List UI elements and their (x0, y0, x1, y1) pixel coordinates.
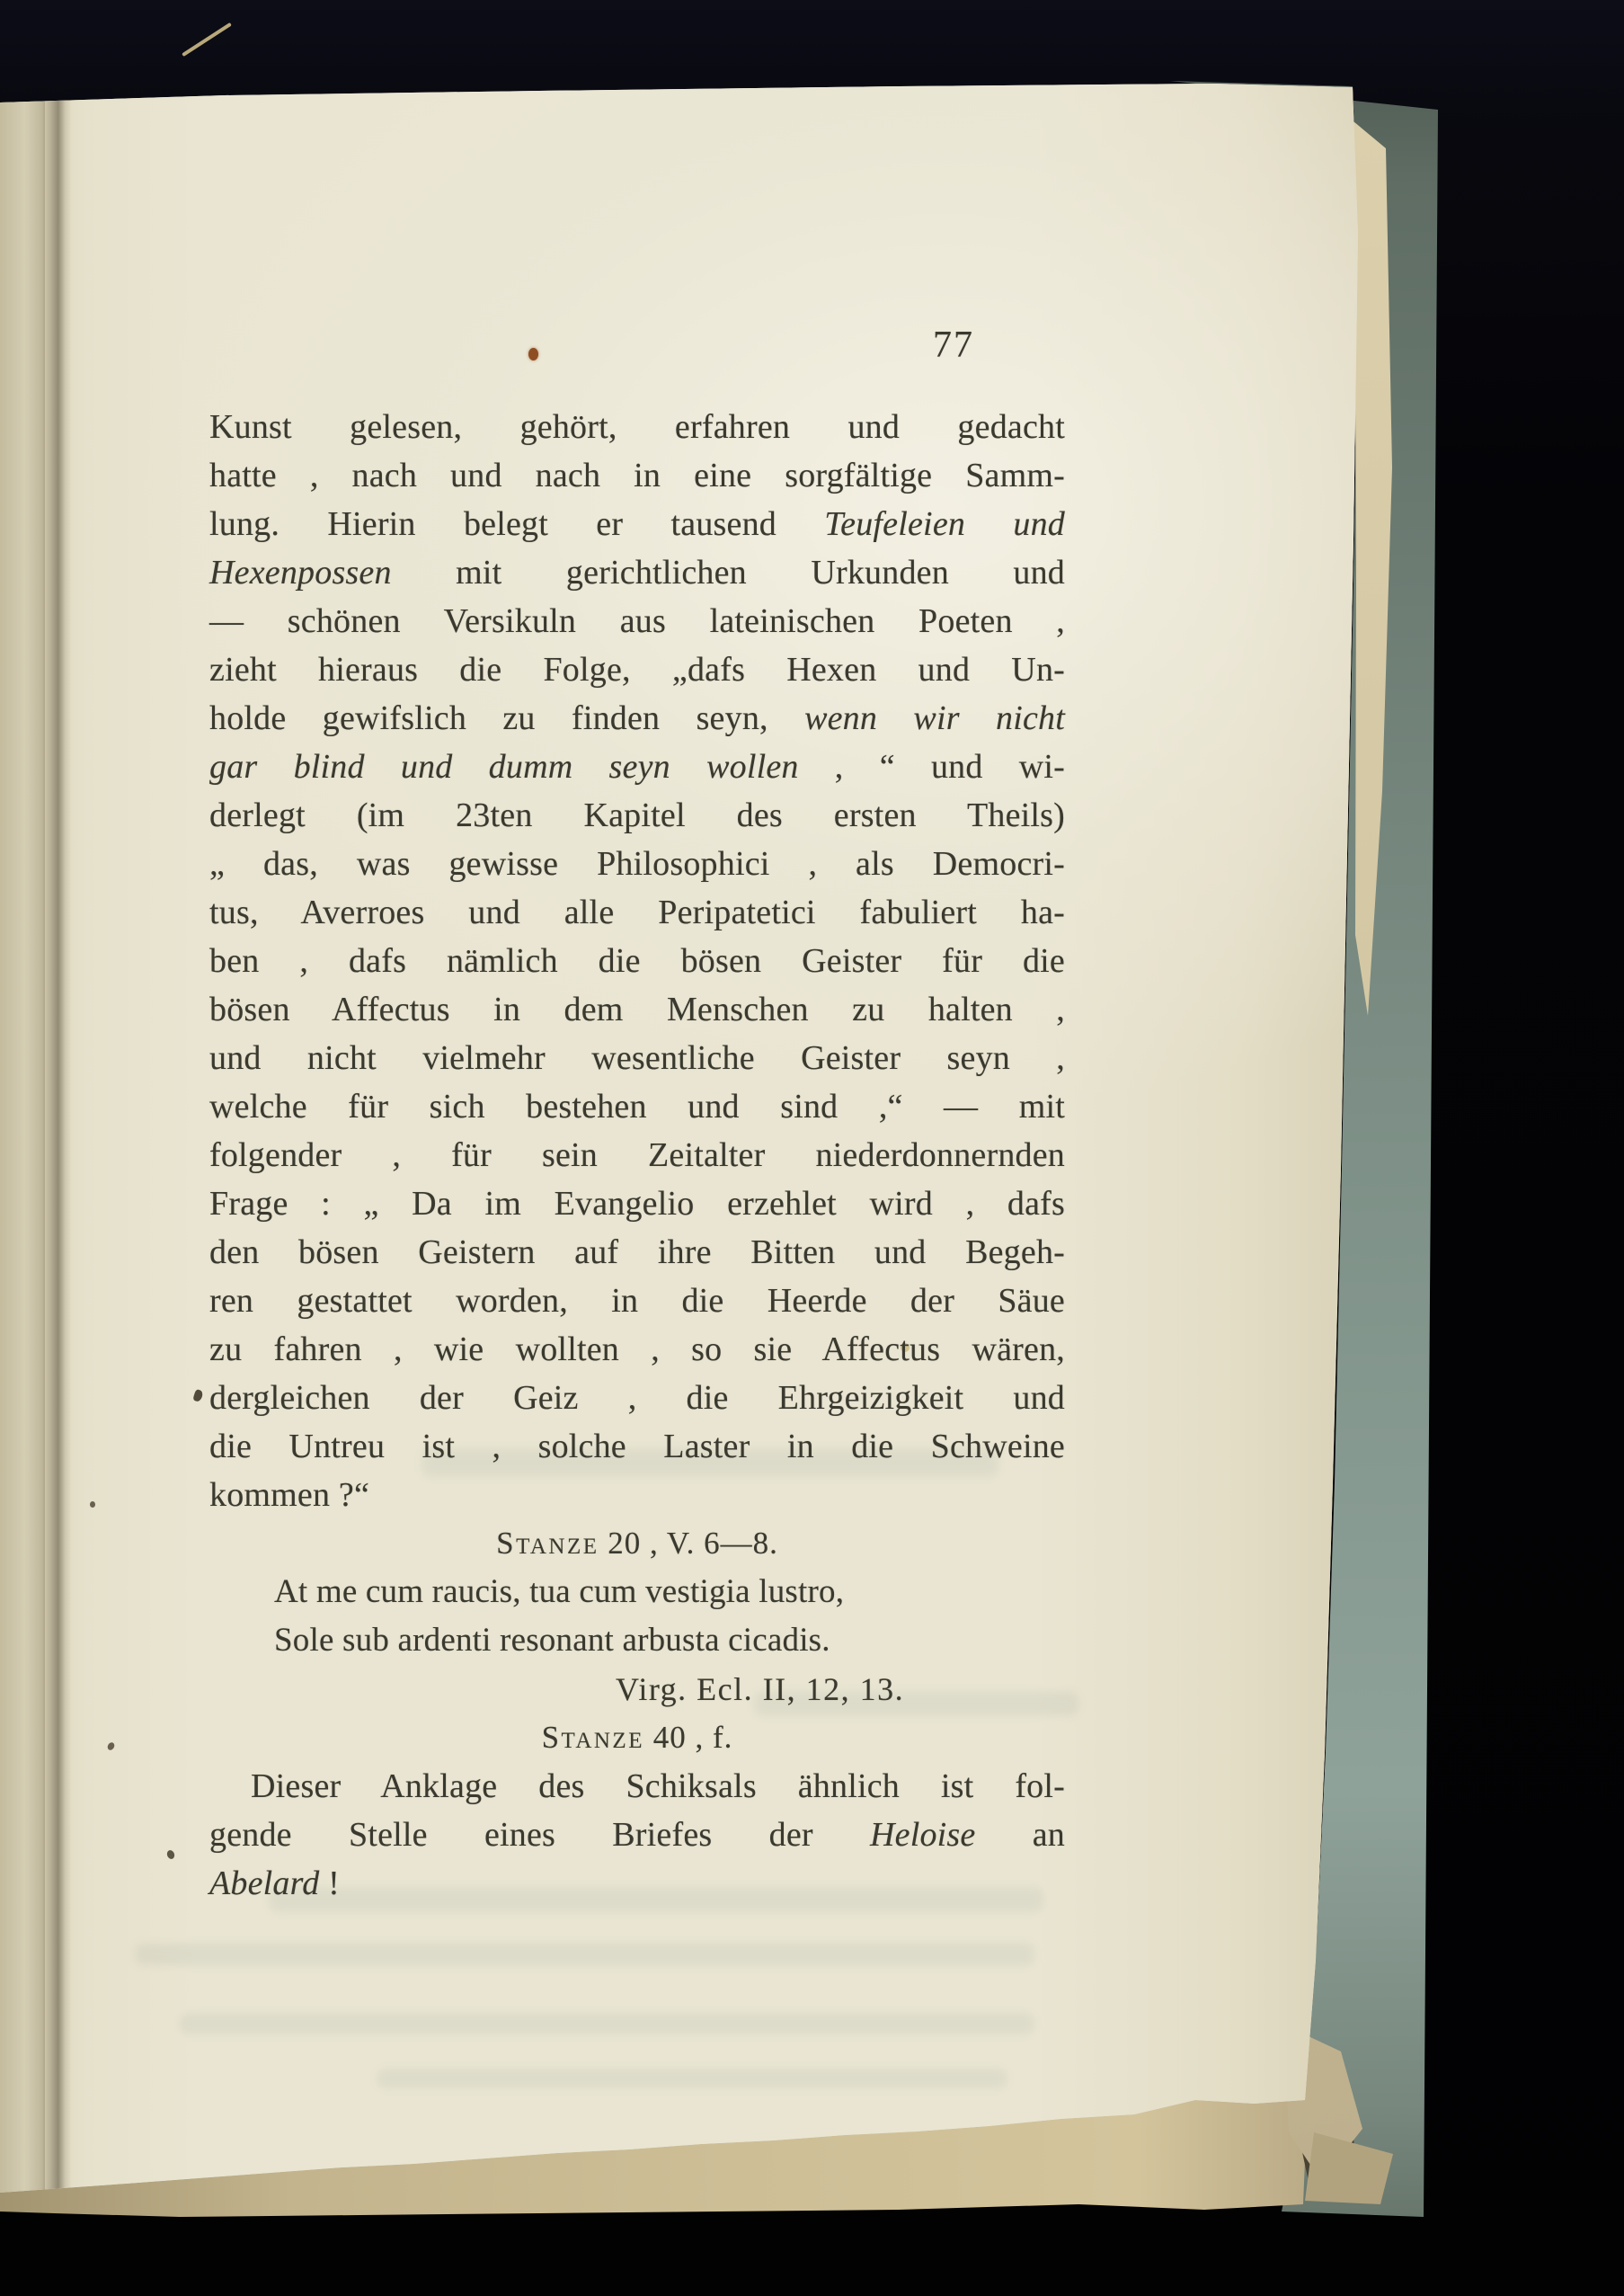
text-segment: tus, Averroes und alle Peripatetici fabu… (209, 894, 1065, 931)
text-segment: mit gerichtlichen Urkunden und (392, 554, 1065, 592)
smallcaps-text: Stanze (496, 1526, 599, 1561)
text-segment: ben , dafs nämlich die bösen Geister für… (209, 942, 1065, 980)
ink-speck (166, 1849, 176, 1860)
latin-verse: At me cum raucis, tua cum vestigia lustr… (209, 1568, 1065, 1665)
text-line: holde gewifslich zu finden seyn, wenn wi… (209, 694, 1065, 743)
text-line: bösen Affectus in dem Menschen zu halten… (209, 985, 1065, 1034)
text-segment: dergleichen der Geiz , die Ehrgeizigkeit… (209, 1379, 1065, 1417)
text-line: Stanze 40 , f. (209, 1713, 1065, 1762)
text-segment: 40 , f. (644, 1720, 732, 1755)
stanza-20-heading: Stanze 20 , V. 6—8. (209, 1519, 1065, 1568)
italic-text: Heloise (870, 1816, 975, 1854)
text-line: Sole sub ardenti resonant arbusta cicadi… (274, 1616, 1065, 1665)
text-segment: derlegt (im 23ten Kapitel des ersten The… (209, 796, 1065, 834)
text-line: zu fahren , wie wollten , so sie Affectu… (209, 1325, 1065, 1374)
text-line: lung. Hierin belegt er tausend Teufeleie… (209, 500, 1065, 548)
text-line: Abelard ! (209, 1859, 1065, 1908)
italic-text: Hexenpossen (209, 554, 392, 592)
text-line: Dieser Anklage des Schiksals ähnlich ist… (209, 1762, 1065, 1811)
text-segment: lung. Hierin belegt er tausend (209, 505, 824, 543)
text-line: zieht hieraus die Folge, „dafs Hexen und… (209, 645, 1065, 694)
text-line: die Untreu ist , solche Laster in die Sc… (209, 1422, 1065, 1471)
text-segment: „ das, was gewisse Philosophici , als De… (209, 845, 1065, 883)
text-line: den bösen Geistern auf ihre Bitten und B… (209, 1228, 1065, 1277)
verse-attribution: Virg. Ecl. II, 12, 13. (209, 1665, 1065, 1713)
text-line: ren gestattet worden, in die Heerde der … (209, 1277, 1065, 1325)
text-line: dergleichen der Geiz , die Ehrgeizigkeit… (209, 1374, 1065, 1422)
text-line: „ das, was gewisse Philosophici , als De… (209, 840, 1065, 888)
paragraph-2: Dieser Anklage des Schiksals ähnlich ist… (209, 1762, 1065, 1908)
text-segment: zu fahren , wie wollten , so sie Affectu… (209, 1330, 1065, 1368)
text-segment: 20 , V. 6—8. (599, 1526, 778, 1561)
text-line: hatte , nach und nach in eine sorgfältig… (209, 451, 1065, 500)
text-segment: ! (319, 1864, 340, 1902)
text-segment: zieht hieraus die Folge, „dafs Hexen und… (209, 651, 1065, 689)
text-line: derlegt (im 23ten Kapitel des ersten The… (209, 791, 1065, 840)
text-line: folgender , für sein Zeitalter niederdon… (209, 1131, 1065, 1179)
text-line: Stanze 20 , V. 6—8. (209, 1519, 1065, 1568)
facing-page-sliver (0, 86, 45, 2194)
stanza-40-heading: Stanze 40 , f. (209, 1713, 1065, 1762)
show-through-ghost (180, 2014, 1034, 2033)
ink-speck (192, 1389, 204, 1402)
text-segment: an (975, 1816, 1065, 1854)
text-line: Frage : „ Da im Evangelio erzehlet wird … (209, 1179, 1065, 1228)
smallcaps-text: Stanze (542, 1720, 644, 1755)
dust-fiber (182, 22, 232, 57)
text-segment: — schönen Versikuln aus lateinischen Poe… (209, 602, 1065, 640)
text-segment: Kunst gelesen, gehört, erfahren und geda… (209, 408, 1065, 446)
text-line: Hexenpossen mit gerichtlichen Urkunden u… (209, 548, 1065, 597)
page-number: 77 (933, 324, 974, 367)
text-line: kommen ?“ (209, 1471, 1065, 1519)
text-segment: folgender , für sein Zeitalter niederdon… (209, 1136, 1065, 1174)
ink-speck (90, 1501, 95, 1508)
text-line: und nicht vielmehr wesentliche Geister s… (209, 1034, 1065, 1082)
text-line: At me cum raucis, tua cum vestigia lustr… (274, 1568, 1065, 1616)
text-segment: die Untreu ist , solche Laster in die Sc… (209, 1428, 1065, 1465)
text-line: Virg. Ecl. II, 12, 13. (616, 1665, 1065, 1713)
text-segment: gende Stelle eines Briefes der (209, 1816, 870, 1854)
paragraph-1: Kunst gelesen, gehört, erfahren und geda… (209, 403, 1065, 1519)
text-segment: welche für sich bestehen und sind ,“ — m… (209, 1088, 1065, 1126)
text-line: tus, Averroes und alle Peripatetici fabu… (209, 888, 1065, 937)
text-segment: bösen Affectus in dem Menschen zu halten… (209, 991, 1065, 1028)
text-line: gar blind und dumm seyn wollen , “ und w… (209, 743, 1065, 791)
text-segment: hatte , nach und nach in eine sorgfältig… (209, 457, 1065, 494)
gutter-fold (41, 88, 72, 2192)
italic-text: Teufeleien und (824, 505, 1065, 543)
text-block: Kunst gelesen, gehört, erfahren und geda… (209, 403, 1065, 1908)
text-segment: Frage : „ Da im Evangelio erzehlet wird … (209, 1185, 1065, 1223)
text-segment: und nicht vielmehr wesentliche Geister s… (209, 1039, 1065, 1077)
italic-text: gar blind und dumm seyn wollen (209, 748, 799, 786)
text-segment: Virg. Ecl. II, 12, 13. (616, 1671, 904, 1707)
italic-text: wenn wir nicht (804, 699, 1065, 737)
ink-speck (106, 1741, 116, 1751)
text-line: — schönen Versikuln aus lateinischen Poe… (209, 597, 1065, 645)
text-segment: , “ und wi- (799, 748, 1065, 786)
text-line: welche für sich bestehen und sind ,“ — m… (209, 1082, 1065, 1131)
text-line: ben , dafs nämlich die bösen Geister für… (209, 937, 1065, 985)
text-segment: At me cum raucis, tua cum vestigia lustr… (274, 1573, 844, 1610)
show-through-ghost (135, 1944, 1034, 1965)
text-segment: Sole sub ardenti resonant arbusta cicadi… (274, 1622, 830, 1659)
italic-text: Abelard (209, 1864, 319, 1902)
text-segment: Dieser Anklage des Schiksals ähnlich ist… (251, 1767, 1065, 1805)
stain-dot (528, 348, 538, 360)
text-segment: den bösen Geistern auf ihre Bitten und B… (209, 1233, 1065, 1271)
text-segment: ren gestattet worden, in die Heerde der … (209, 1282, 1065, 1320)
text-segment: kommen ?“ (209, 1476, 369, 1514)
text-segment: holde gewifslich zu finden seyn, (209, 699, 804, 737)
text-line: gende Stelle eines Briefes der Heloise a… (209, 1811, 1065, 1859)
show-through-ghost (377, 2069, 1007, 2087)
text-line: Kunst gelesen, gehört, erfahren und geda… (209, 403, 1065, 451)
